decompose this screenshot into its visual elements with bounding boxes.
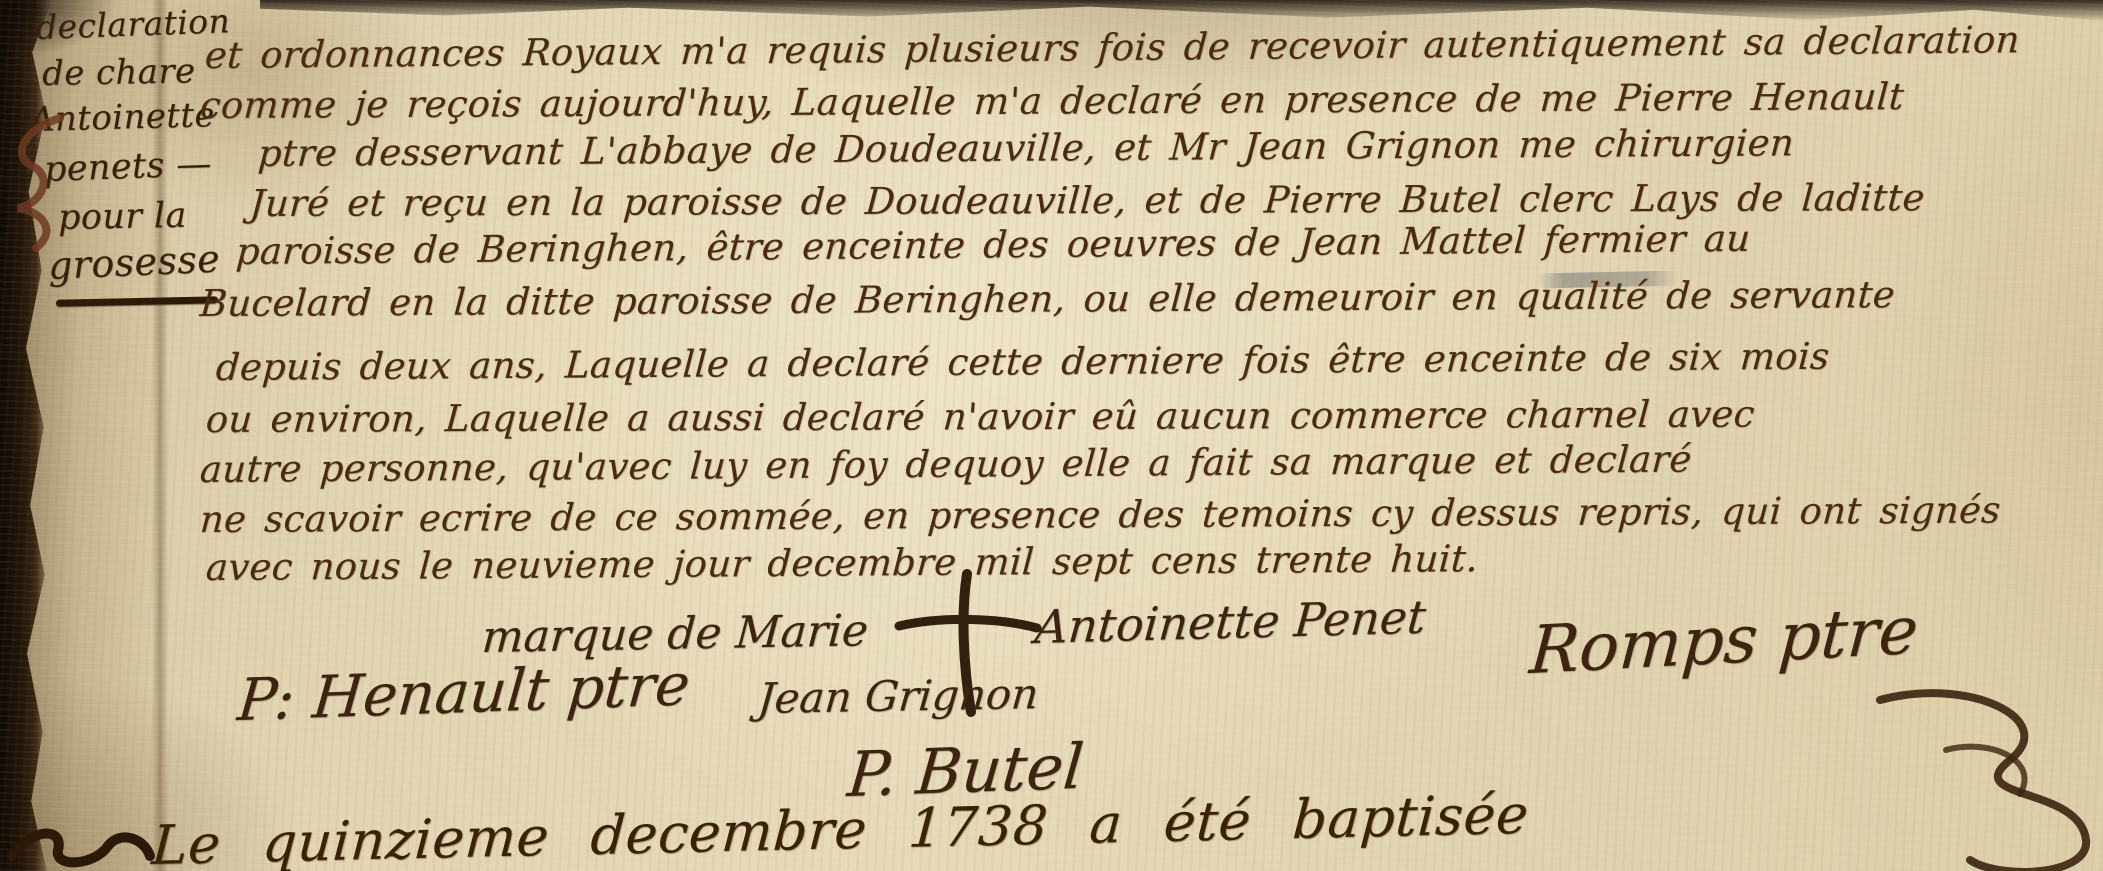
body-text-line: autre personne, qu'avec luy en foy dequo… (199, 438, 1693, 491)
margin-note-line: declaration (35, 1, 230, 47)
manuscript-page: declaration de chare Antoinette penets —… (0, 0, 2103, 871)
page-top-shadow (260, 0, 2103, 22)
margin-note-line: de chare (42, 51, 196, 94)
body-text-line: comme je reçois aujourd'huy, Laquelle m'… (199, 75, 1906, 127)
body-text-line: paroisse de Beringhen, être enceinte des… (235, 217, 1752, 273)
signature-flourish-icon (1850, 690, 2103, 871)
signature: P: Henault ptre (235, 650, 693, 734)
body-text-line: ne scavoir ecrire de ce sommée, en prese… (199, 489, 2002, 541)
body-text-line: ou environ, Laquelle a aussi declaré n'a… (205, 393, 1757, 441)
marque-name: Antoinette Penet (1033, 590, 1428, 654)
cut-margin-scribble (4, 816, 154, 871)
body-text-line: Bucelard en la ditte paroisse de Beringh… (199, 273, 1897, 325)
body-text-line: avec nous le neuvieme jour decembre mil … (205, 537, 1480, 589)
margin-flourish-icon (2, 112, 74, 252)
body-text-line: ptre desservant L'abbaye de Doudeauville… (257, 121, 1796, 175)
signature: Jean Grignon (756, 669, 1041, 723)
margin-note-line: pour la (58, 196, 187, 238)
body-text-line: depuis deux ans, Laquelle a declaré cett… (215, 335, 1831, 389)
body-text-line: et ordonnances Royaux m'a requis plusieu… (204, 18, 2021, 77)
next-entry-partial-line: Le quinzieme decembre 1738 a été baptisé… (150, 783, 1531, 871)
signature: Romps ptre (1527, 591, 1920, 689)
